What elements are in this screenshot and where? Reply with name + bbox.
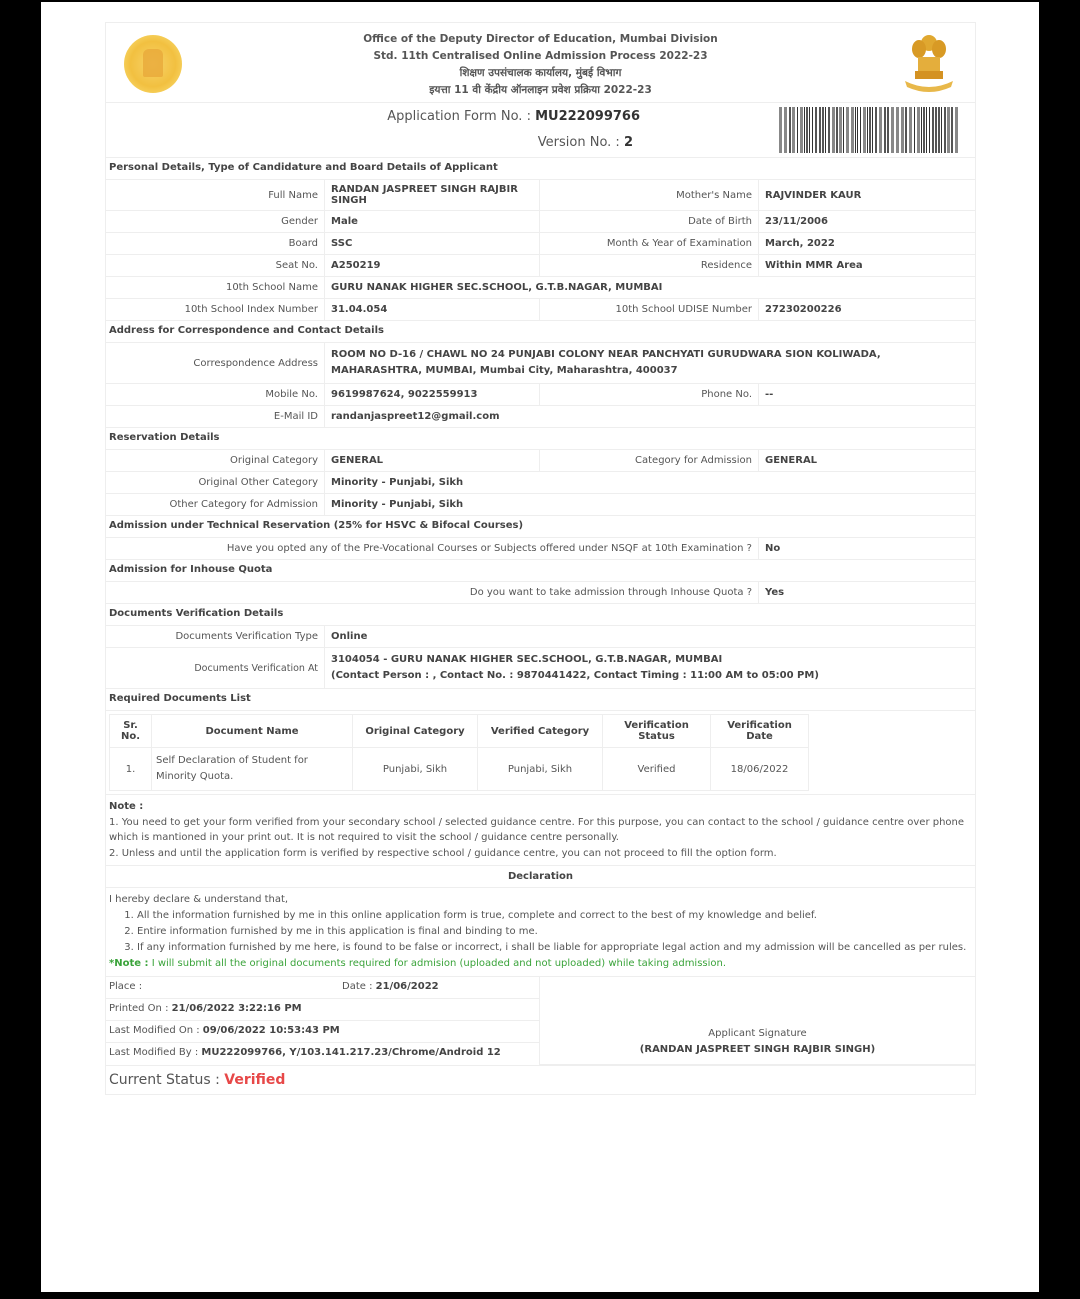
form-header: Office of the Deputy Director of Educati… <box>106 23 975 103</box>
other-category-admission-value: Minority - Punjabi, Sikh <box>325 494 975 515</box>
section-technical-title: Admission under Technical Reservation (2… <box>106 516 526 537</box>
verification-at-label: Documents Verification At <box>106 648 325 688</box>
header-line-3: शिक्षण उपसंचालक कार्यालय, मुंबई विभाग <box>106 65 975 82</box>
documents-table: Sr. No. Document Name Original Category … <box>109 714 809 791</box>
residence-label: Residence <box>540 255 759 276</box>
current-status: Current Status : Verified <box>106 1065 975 1094</box>
signature-label: Applicant Signature <box>708 1026 806 1042</box>
board-value: SSC <box>325 233 540 254</box>
col-verification-status: Verification Status <box>603 715 711 748</box>
row-mobile: Mobile No. 9619987624, 9022559913 Phone … <box>106 384 975 406</box>
verification-type-label: Documents Verification Type <box>106 626 325 647</box>
udise-label: 10th School UDISE Number <box>540 299 759 320</box>
form-number-label: Application Form No. : <box>387 109 531 124</box>
current-status-label: Current Status : <box>109 1072 224 1088</box>
barcode <box>777 107 962 153</box>
form-number-value: MU222099766 <box>535 109 640 124</box>
row-verification-at: Documents Verification At 3104054 - GURU… <box>106 648 975 689</box>
verification-contact: (Contact Person : , Contact No. : 987044… <box>331 668 819 684</box>
national-emblem-icon <box>901 31 957 95</box>
modified-on-row: Last Modified On : 09/06/2022 10:53:43 P… <box>106 1021 539 1043</box>
inhouse-answer: Yes <box>759 582 975 603</box>
place-label: Place : <box>109 981 142 992</box>
row-address: Correspondence Address ROOM NO D-16 / CH… <box>106 343 975 384</box>
signature-block: Applicant Signature (RANDAN JASPREET SIN… <box>540 977 975 1065</box>
declaration-note-label: *Note : <box>109 958 149 969</box>
technical-question: Have you opted any of the Pre-Vocational… <box>106 538 759 559</box>
version-label: Version No. : <box>538 135 620 150</box>
signature-name: (RANDAN JASPREET SINGH RAJBIR SINGH) <box>640 1042 875 1058</box>
version-number: Version No. : 2 <box>106 135 722 150</box>
modified-by-row: Last Modified By : MU222099766, Y/103.14… <box>106 1043 539 1065</box>
mother-name-value: RAJVINDER KAUR <box>759 180 975 210</box>
note-item-1: 1. You need to get your form verified fr… <box>109 815 972 846</box>
declaration-title: Declaration <box>106 866 975 888</box>
declaration-block: I hereby declare & understand that, All … <box>106 888 975 976</box>
row-technical: Have you opted any of the Pre-Vocational… <box>106 538 975 560</box>
section-verification-title: Documents Verification Details <box>106 604 286 625</box>
current-status-value: Verified <box>224 1072 285 1088</box>
original-other-category-label: Original Other Category <box>106 472 325 493</box>
school-name-label: 10th School Name <box>106 277 325 298</box>
footer-block: Place : Date : 21/06/2022 Printed On : 2… <box>106 976 975 1065</box>
col-original-category: Original Category <box>353 715 478 748</box>
row-gender: Gender Male Date of Birth 23/11/2006 <box>106 211 975 233</box>
table-row: 1. Self Declaration of Student for Minor… <box>110 748 809 791</box>
mother-name-label: Mother's Name <box>540 180 759 210</box>
address-label: Correspondence Address <box>106 343 325 383</box>
phone-label: Phone No. <box>540 384 759 405</box>
declaration-item: All the information furnished by me in t… <box>137 908 972 924</box>
date-label: Date : <box>342 981 376 992</box>
row-seat: Seat No. A250219 Residence Within MMR Ar… <box>106 255 975 277</box>
admission-category-value: GENERAL <box>759 450 975 471</box>
school-name-value: GURU NANAK HIGHER SEC.SCHOOL, G.T.B.NAGA… <box>325 277 975 298</box>
declaration-item: If any information furnished by me here,… <box>137 940 972 956</box>
school-index-value: 31.04.054 <box>325 299 540 320</box>
col-verification-date: Verification Date <box>711 715 809 748</box>
note-title: Note : <box>109 801 143 812</box>
date-value: 21/06/2022 <box>376 981 439 992</box>
email-label: E-Mail ID <box>106 406 325 427</box>
exam-label: Month & Year of Examination <box>540 233 759 254</box>
row-verification-type: Documents Verification Type Online <box>106 626 975 648</box>
cell-sr-no: 1. <box>110 748 152 791</box>
verification-at-value: 3104054 - GURU NANAK HIGHER SEC.SCHOOL, … <box>325 648 975 688</box>
cell-verification-date: 18/06/2022 <box>711 748 809 791</box>
cell-verification-status: Verified <box>603 748 711 791</box>
declaration-item: Entire information furnished by me in th… <box>137 924 972 940</box>
declaration-list: All the information furnished by me in t… <box>109 908 972 956</box>
header-titles: Office of the Deputy Director of Educati… <box>106 31 975 99</box>
application-number-block: Application Form No. : MU222099766 Versi… <box>106 103 975 158</box>
school-index-label: 10th School Index Number <box>106 299 325 320</box>
declaration-intro: I hereby declare & understand that, <box>109 892 972 908</box>
other-category-admission-label: Other Category for Admission <box>106 494 325 515</box>
row-index: 10th School Index Number 31.04.054 10th … <box>106 299 975 321</box>
modified-on-value: 09/06/2022 10:53:43 PM <box>203 1025 340 1036</box>
gender-label: Gender <box>106 211 325 232</box>
row-orig-other: Original Other Category Minority - Punja… <box>106 472 975 494</box>
udise-value: 27230200226 <box>759 299 975 320</box>
row-other-adm: Other Category for Admission Minority - … <box>106 494 975 516</box>
technical-answer: No <box>759 538 975 559</box>
note-item-2: 2. Unless and until the application form… <box>109 846 972 862</box>
gender-value: Male <box>325 211 540 232</box>
seat-label: Seat No. <box>106 255 325 276</box>
place-date-row: Place : Date : 21/06/2022 <box>106 977 539 999</box>
row-school: 10th School Name GURU NANAK HIGHER SEC.S… <box>106 277 975 299</box>
dob-value: 23/11/2006 <box>759 211 975 232</box>
seat-value: A250219 <box>325 255 540 276</box>
phone-value: -- <box>759 384 975 405</box>
modified-by-value: MU222099766, Y/103.141.217.23/Chrome/And… <box>201 1047 500 1058</box>
printed-on-row: Printed On : 21/06/2022 3:22:16 PM <box>106 999 539 1021</box>
verification-centre: 3104054 - GURU NANAK HIGHER SEC.SCHOOL, … <box>331 652 722 668</box>
address-value: ROOM NO D-16 / CHAWL NO 24 PUNJABI COLON… <box>325 343 975 383</box>
note-block: Note : 1. You need to get your form veri… <box>106 795 975 866</box>
declaration-note-text: I will submit all the original documents… <box>149 958 727 969</box>
row-name: Full Name RANDAN JASPREET SINGH RAJBIR S… <box>106 180 975 211</box>
admission-category-label: Category for Admission <box>540 450 759 471</box>
section-reservation-title: Reservation Details <box>106 428 223 449</box>
date-field: Date : 21/06/2022 <box>342 981 439 992</box>
row-category: Original Category GENERAL Category for A… <box>106 450 975 472</box>
section-documents-title: Required Documents List <box>106 689 254 710</box>
full-name-value: RANDAN JASPREET SINGH RAJBIR SINGH <box>325 180 540 210</box>
header-line-4: इयत्ता 11 वी केंद्रीय ऑनलाइन प्रवेश प्रक… <box>106 82 975 99</box>
section-personal-title: Personal Details, Type of Candidature an… <box>106 158 501 179</box>
row-inhouse: Do you want to take admission through In… <box>106 582 975 604</box>
col-document-name: Document Name <box>152 715 353 748</box>
original-other-category-value: Minority - Punjabi, Sikh <box>325 472 975 493</box>
cell-verified-category: Punjabi, Sikh <box>478 748 603 791</box>
board-label: Board <box>106 233 325 254</box>
page-sheet: Office of the Deputy Director of Educati… <box>41 2 1039 1292</box>
form-number: Application Form No. : MU222099766 <box>106 109 722 124</box>
application-form: Office of the Deputy Director of Educati… <box>105 22 976 1095</box>
documents-header-row: Sr. No. Document Name Original Category … <box>110 715 809 748</box>
declaration-note: *Note : I will submit all the original d… <box>109 956 972 972</box>
inhouse-question: Do you want to take admission through In… <box>106 582 759 603</box>
exam-value: March, 2022 <box>759 233 975 254</box>
col-sr-no: Sr. No. <box>110 715 152 748</box>
col-verified-category: Verified Category <box>478 715 603 748</box>
mobile-label: Mobile No. <box>106 384 325 405</box>
documents-table-wrap: Sr. No. Document Name Original Category … <box>106 714 975 795</box>
row-email: E-Mail ID randanjaspreet12@gmail.com <box>106 406 975 428</box>
dob-label: Date of Birth <box>540 211 759 232</box>
cell-document-name: Self Declaration of Student for Minority… <box>152 748 353 791</box>
verification-type-value: Online <box>325 626 975 647</box>
full-name-label: Full Name <box>106 180 325 210</box>
header-line-2: Std. 11th Centralised Online Admission P… <box>106 48 975 65</box>
original-category-label: Original Category <box>106 450 325 471</box>
modified-on-label: Last Modified On : <box>109 1025 203 1036</box>
mobile-value: 9619987624, 9022559913 <box>325 384 540 405</box>
printed-on-value: 21/06/2022 3:22:16 PM <box>172 1003 302 1014</box>
original-category-value: GENERAL <box>325 450 540 471</box>
section-contact-title: Address for Correspondence and Contact D… <box>106 321 387 342</box>
cell-original-category: Punjabi, Sikh <box>353 748 478 791</box>
printed-on-label: Printed On : <box>109 1003 172 1014</box>
header-line-1: Office of the Deputy Director of Educati… <box>106 31 975 48</box>
version-value: 2 <box>624 135 633 150</box>
residence-value: Within MMR Area <box>759 255 975 276</box>
section-inhouse-title: Admission for Inhouse Quota <box>106 560 275 581</box>
email-value: randanjaspreet12@gmail.com <box>325 406 975 427</box>
row-board: Board SSC Month & Year of Examination Ma… <box>106 233 975 255</box>
modified-by-label: Last Modified By : <box>109 1047 201 1058</box>
